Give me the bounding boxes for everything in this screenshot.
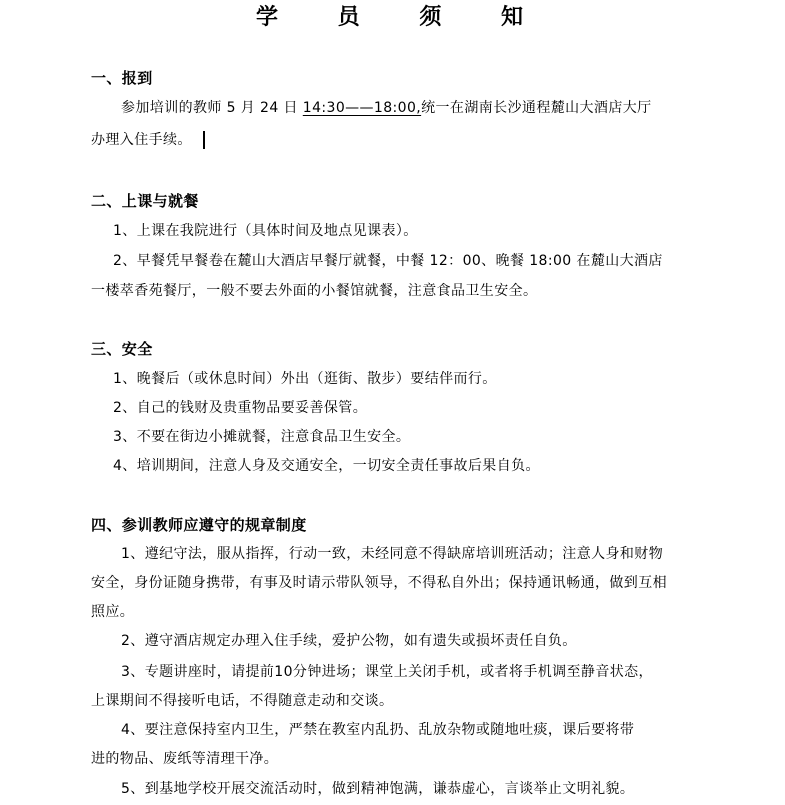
list-item-continuation: 安全，身份证随身携带，有事及时请示带队领导，不得私自外出；保持通讯畅通，做到互相 [91, 573, 701, 593]
list-item: 4、培训期间，注意人身及交通安全，一切安全责任事故后果自负。 [113, 456, 723, 476]
document-title: 学 员 须 知 [0, 3, 785, 31]
section-heading-safety: 三、安全 [91, 339, 701, 359]
paragraph-line: 参加培训的教师 5 月 24 日 14:30——18:00,统一在湖南长沙通程麓… [121, 98, 731, 118]
list-item: 4、要注意保持室内卫生，严禁在教室内乱扔、乱放杂物或随地吐痰，课后要将带 [121, 720, 731, 740]
list-item: 2、遵守酒店规定办理入住手续，爱护公物，如有遗失或损坏责任自负。 [121, 631, 731, 651]
paragraph-line: 办理入住手续。 [91, 130, 701, 150]
list-item-continuation: 进的物品、废纸等清理干净。 [91, 749, 701, 769]
text-run: 参加培训的教师 5 月 24 日 [121, 100, 303, 116]
list-item-continuation: 照应。 [91, 602, 701, 622]
list-item: 2、自己的钱财及贵重物品要妥善保管。 [113, 398, 723, 418]
list-item: 1、遵纪守法，服从指挥，行动一致，未经同意不得缺席培训班活动；注意人身和财物 [121, 544, 731, 564]
list-item: 1、上课在我院进行（具体时间及地点见课表）。 [113, 221, 723, 241]
text-run: 统一在湖南长沙通程麓山大酒店大厅 [421, 100, 651, 116]
list-item-continuation: 上课期间不得接听电话，不得随意走动和交谈。 [91, 691, 701, 711]
section-heading-rules: 四、参训教师应遵守的规章制度 [91, 515, 701, 535]
text-cursor [203, 131, 205, 149]
section-heading-classes-meals: 二、上课与就餐 [91, 191, 701, 211]
list-item: 2、早餐凭早餐卷在麓山大酒店早餐厅就餐，中餐 12：00、晚餐 18:00 在麓… [113, 251, 723, 271]
list-item: 1、晚餐后（或休息时间）外出（逛街、散步）要结伴而行。 [113, 369, 723, 389]
list-item: 3、不要在街边小摊就餐，注意食品卫生安全。 [113, 427, 723, 447]
section-heading-registration: 一、报到 [91, 68, 701, 88]
underlined-time-range: 14:30——18:00, [303, 100, 421, 116]
list-item-continuation: 一楼萃香苑餐厅，一般不要去外面的小餐馆就餐，注意食品卫生安全。 [91, 281, 701, 301]
list-item: 3、专题讲座时，请提前10分钟进场；课堂上关闭手机，或者将手机调至静音状态， [121, 662, 731, 682]
list-item: 5、到基地学校开展交流活动时，做到精神饱满，谦恭虚心，言谈举止文明礼貌。 [121, 779, 731, 799]
